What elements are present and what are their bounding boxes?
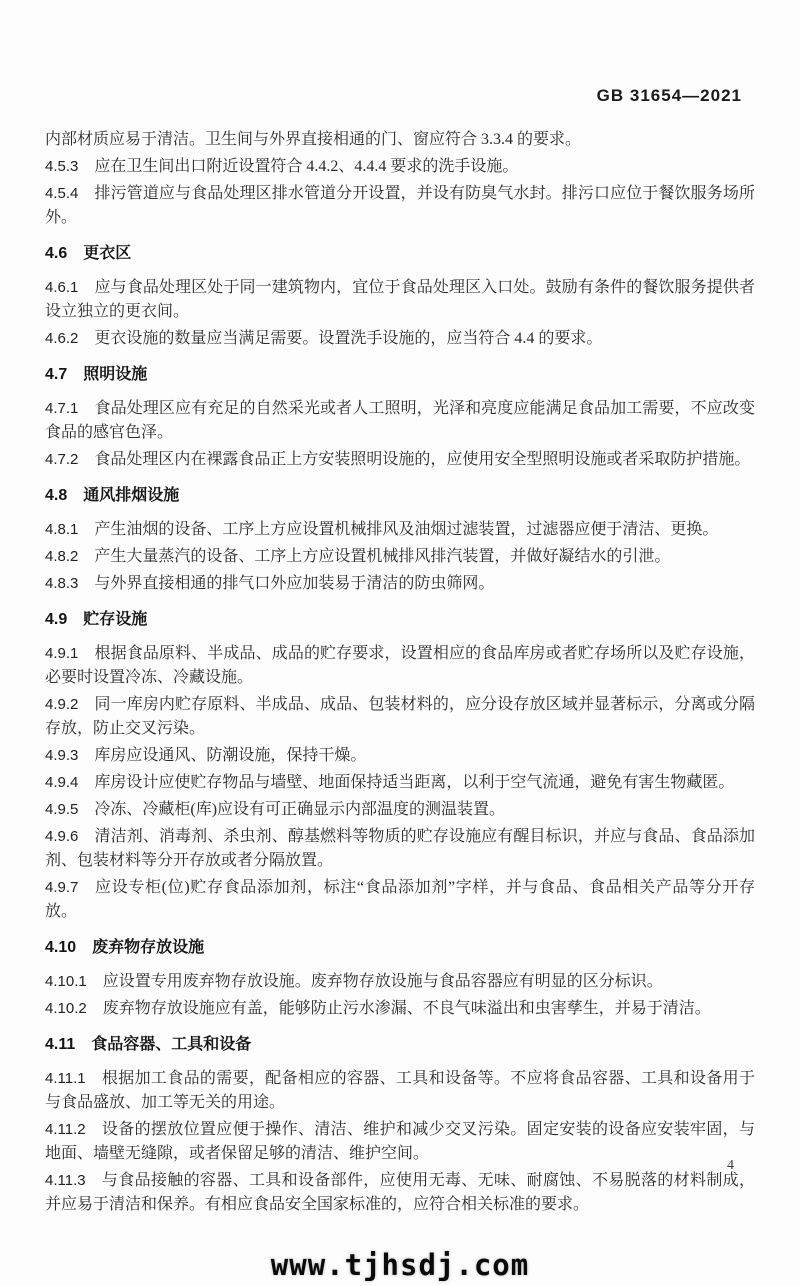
clause-paragraph: 4.5.4排污管道应与食品处理区排水管道分开设置，并设有防臭气水封。排污口应位于… — [45, 182, 755, 230]
clause-number: 4.8 — [45, 487, 67, 504]
section-heading: 4.10废弃物存放设施 — [45, 936, 755, 960]
document-page: GB 31654—2021 内部材质应易于清洁。卫生间与外界直接相通的门、窗应符… — [0, 0, 800, 1286]
heading-title: 照明设施 — [83, 366, 147, 383]
clause-text: 产生大量蒸汽的设备、工序上方应设置机械排风排汽装置，并做好凝结水的引泄。 — [94, 548, 670, 565]
section-heading: 4.11食品容器、工具和设备 — [45, 1033, 755, 1057]
clause-number: 4.7 — [45, 366, 67, 383]
heading-title: 通风排烟设施 — [83, 487, 179, 504]
clause-text: 根据加工食品的需要，配备相应的容器、工具和设备等。不应将食品容器、工具和设备用于… — [45, 1070, 755, 1111]
clause-paragraph: 4.10.2废弃物存放设施应有盖，能够防止污水渗漏、不良气味溢出和虫害孳生，并易… — [45, 997, 755, 1021]
document-header: GB 31654—2021 — [0, 0, 800, 106]
clause-text: 应与食品处理区处于同一建筑物内，宜位于食品处理区入口处。鼓励有条件的餐饮服务提供… — [45, 279, 755, 320]
clause-paragraph: 4.11.2设备的摆放位置应便于操作、清洁、维护和减少交叉污染。固定安装的设备应… — [45, 1118, 755, 1166]
standard-number: GB 31654—2021 — [597, 86, 742, 105]
heading-title: 贮存设施 — [83, 611, 147, 628]
clause-paragraph: 4.6.2更衣设施的数量应当满足需要。设置洗手设施的，应当符合 4.4 的要求。 — [45, 327, 755, 351]
clause-paragraph: 4.10.1应设置专用废弃物存放设施。废弃物存放设施与食品容器应有明显的区分标识… — [45, 970, 755, 994]
heading-title: 食品容器、工具和设备 — [91, 1036, 251, 1053]
clause-text: 应设专柜(位)贮存食品添加剂，标注“食品添加剂”字样，并与食品、食品相关产品等分… — [45, 879, 755, 920]
clause-number: 4.9.6 — [45, 828, 78, 845]
clause-number: 4.9.5 — [45, 801, 78, 818]
clause-text: 废弃物存放设施应有盖，能够防止污水渗漏、不良气味溢出和虫害孳生，并易于清洁。 — [103, 1000, 711, 1017]
clause-number: 4.9 — [45, 611, 67, 628]
clause-paragraph: 4.9.3库房应设通风、防潮设施，保持干燥。 — [45, 744, 755, 768]
clause-text: 排污管道应与食品处理区排水管道分开设置，并设有防臭气水封。排污口应位于餐饮服务场… — [45, 185, 755, 226]
heading-title: 更衣区 — [83, 245, 131, 262]
clause-text: 库房应设通风、防潮设施，保持干燥。 — [94, 747, 366, 764]
clause-text: 食品处理区内在裸露食品正上方安装照明设施的，应使用安全型照明设施或者采取防护措施… — [94, 451, 750, 468]
clause-text: 应设置专用废弃物存放设施。废弃物存放设施与食品容器应有明显的区分标识。 — [103, 973, 663, 990]
clause-number: 4.11.1 — [45, 1070, 86, 1087]
clause-text: 设备的摆放位置应便于操作、清洁、维护和减少交叉污染。固定安装的设备应安装牢固，与… — [45, 1121, 755, 1162]
clause-text: 清洁剂、消毒剂、杀虫剂、醇基燃料等物质的贮存设施应有醒目标识，并应与食品、食品添… — [45, 828, 755, 869]
watermark-url: www.tjhsdj.com — [0, 1248, 800, 1282]
clause-number: 4.5.3 — [45, 158, 78, 175]
clause-text: 更衣设施的数量应当满足需要。设置洗手设施的，应当符合 4.4 的要求。 — [94, 330, 602, 347]
clause-text: 产生油烟的设备、工序上方应设置机械排风及油烟过滤装置，过滤器应便于清洁、更换。 — [94, 521, 718, 538]
clause-paragraph: 4.9.7应设专柜(位)贮存食品添加剂，标注“食品添加剂”字样，并与食品、食品相… — [45, 876, 755, 924]
clause-number: 4.6.2 — [45, 330, 78, 347]
clause-number: 4.9.1 — [45, 645, 78, 662]
clause-paragraph: 4.9.1根据食品原料、半成品、成品的贮存要求，设置相应的食品库房或者贮存场所以… — [45, 642, 755, 690]
clause-text: 食品处理区应有充足的自然采光或者人工照明，光泽和亮度应能满足食品加工需要，不应改… — [45, 400, 755, 441]
clause-paragraph: 4.7.1食品处理区应有充足的自然采光或者人工照明，光泽和亮度应能满足食品加工需… — [45, 397, 755, 445]
clause-number: 4.5.4 — [45, 185, 78, 202]
clause-paragraph: 4.7.2食品处理区内在裸露食品正上方安装照明设施的，应使用安全型照明设施或者采… — [45, 448, 755, 472]
clause-paragraph: 4.6.1应与食品处理区处于同一建筑物内，宜位于食品处理区入口处。鼓励有条件的餐… — [45, 276, 755, 324]
clause-number: 4.9.3 — [45, 747, 78, 764]
clause-text: 冷冻、冷藏柜(库)应设有可正确显示内部温度的测温装置。 — [94, 801, 505, 818]
section-heading: 4.8通风排烟设施 — [45, 484, 755, 508]
clause-number: 4.10.2 — [45, 1000, 87, 1017]
clause-paragraph: 4.5.3应在卫生间出口附近设置符合 4.4.2、4.4.4 要求的洗手设施。 — [45, 155, 755, 179]
clause-paragraph: 4.9.5冷冻、冷藏柜(库)应设有可正确显示内部温度的测温装置。 — [45, 798, 755, 822]
clause-number: 4.8.3 — [45, 575, 78, 592]
clause-text: 根据食品原料、半成品、成品的贮存要求，设置相应的食品库房或者贮存场所以及贮存设施… — [45, 645, 755, 686]
clause-number: 4.7.2 — [45, 451, 78, 468]
clause-number: 4.9.7 — [45, 879, 78, 896]
clause-paragraph: 内部材质应易于清洁。卫生间与外界直接相通的门、窗应符合 3.3.4 的要求。 — [45, 128, 755, 152]
clause-number: 4.7.1 — [45, 400, 78, 417]
clause-text: 与外界直接相通的排气口外应加装易于清洁的防虫筛网。 — [94, 575, 494, 592]
clause-paragraph: 4.9.2同一库房内贮存原料、半成品、成品、包装材料的，应分设存放区域并显著标示… — [45, 693, 755, 741]
clause-paragraph: 4.8.1产生油烟的设备、工序上方应设置机械排风及油烟过滤装置，过滤器应便于清洁… — [45, 518, 755, 542]
page-number: 4 — [727, 1158, 734, 1174]
clause-number: 4.6.1 — [45, 279, 78, 296]
clause-text: 库房设计应使贮存物品与墙壁、地面保持适当距离，以利于空气流通，避免有害生物藏匿。 — [94, 774, 734, 791]
clause-number: 4.8.2 — [45, 548, 78, 565]
clause-paragraph: 4.11.3与食品接触的容器、工具和设备部件，应使用无毒、无味、耐腐蚀、不易脱落… — [45, 1169, 755, 1217]
clause-number: 4.9.4 — [45, 774, 78, 791]
clause-number: 4.10.1 — [45, 973, 87, 990]
section-heading: 4.6更衣区 — [45, 242, 755, 266]
section-heading: 4.9贮存设施 — [45, 608, 755, 632]
clause-paragraph: 4.9.4库房设计应使贮存物品与墙壁、地面保持适当距离，以利于空气流通，避免有害… — [45, 771, 755, 795]
clause-text: 应在卫生间出口附近设置符合 4.4.2、4.4.4 要求的洗手设施。 — [94, 158, 518, 175]
clause-paragraph: 4.8.3与外界直接相通的排气口外应加装易于清洁的防虫筛网。 — [45, 572, 755, 596]
clause-number: 4.6 — [45, 245, 67, 262]
heading-title: 废弃物存放设施 — [92, 939, 204, 956]
clause-paragraph: 4.9.6清洁剂、消毒剂、杀虫剂、醇基燃料等物质的贮存设施应有醒目标识，并应与食… — [45, 825, 755, 873]
clause-paragraph: 4.8.2产生大量蒸汽的设备、工序上方应设置机械排风排汽装置，并做好凝结水的引泄… — [45, 545, 755, 569]
clause-number: 4.8.1 — [45, 521, 78, 538]
clause-number: 4.10 — [45, 939, 76, 956]
clause-number: 4.9.2 — [45, 696, 78, 713]
clause-number: 4.11.3 — [45, 1172, 86, 1189]
clause-paragraph: 4.11.1根据加工食品的需要，配备相应的容器、工具和设备等。不应将食品容器、工… — [45, 1067, 755, 1115]
section-heading: 4.7照明设施 — [45, 363, 755, 387]
clause-text: 与食品接触的容器、工具和设备部件，应使用无毒、无味、耐腐蚀、不易脱落的材料制成，… — [45, 1172, 755, 1213]
clause-number: 4.11.2 — [45, 1121, 86, 1138]
clause-number: 4.11 — [45, 1036, 75, 1053]
clause-text: 同一库房内贮存原料、半成品、成品、包装材料的，应分设存放区域并显著标示，分离或分… — [45, 696, 755, 737]
clause-text: 内部材质应易于清洁。卫生间与外界直接相通的门、窗应符合 3.3.4 的要求。 — [45, 131, 581, 148]
document-body: 内部材质应易于清洁。卫生间与外界直接相通的门、窗应符合 3.3.4 的要求。4.… — [0, 128, 800, 1217]
